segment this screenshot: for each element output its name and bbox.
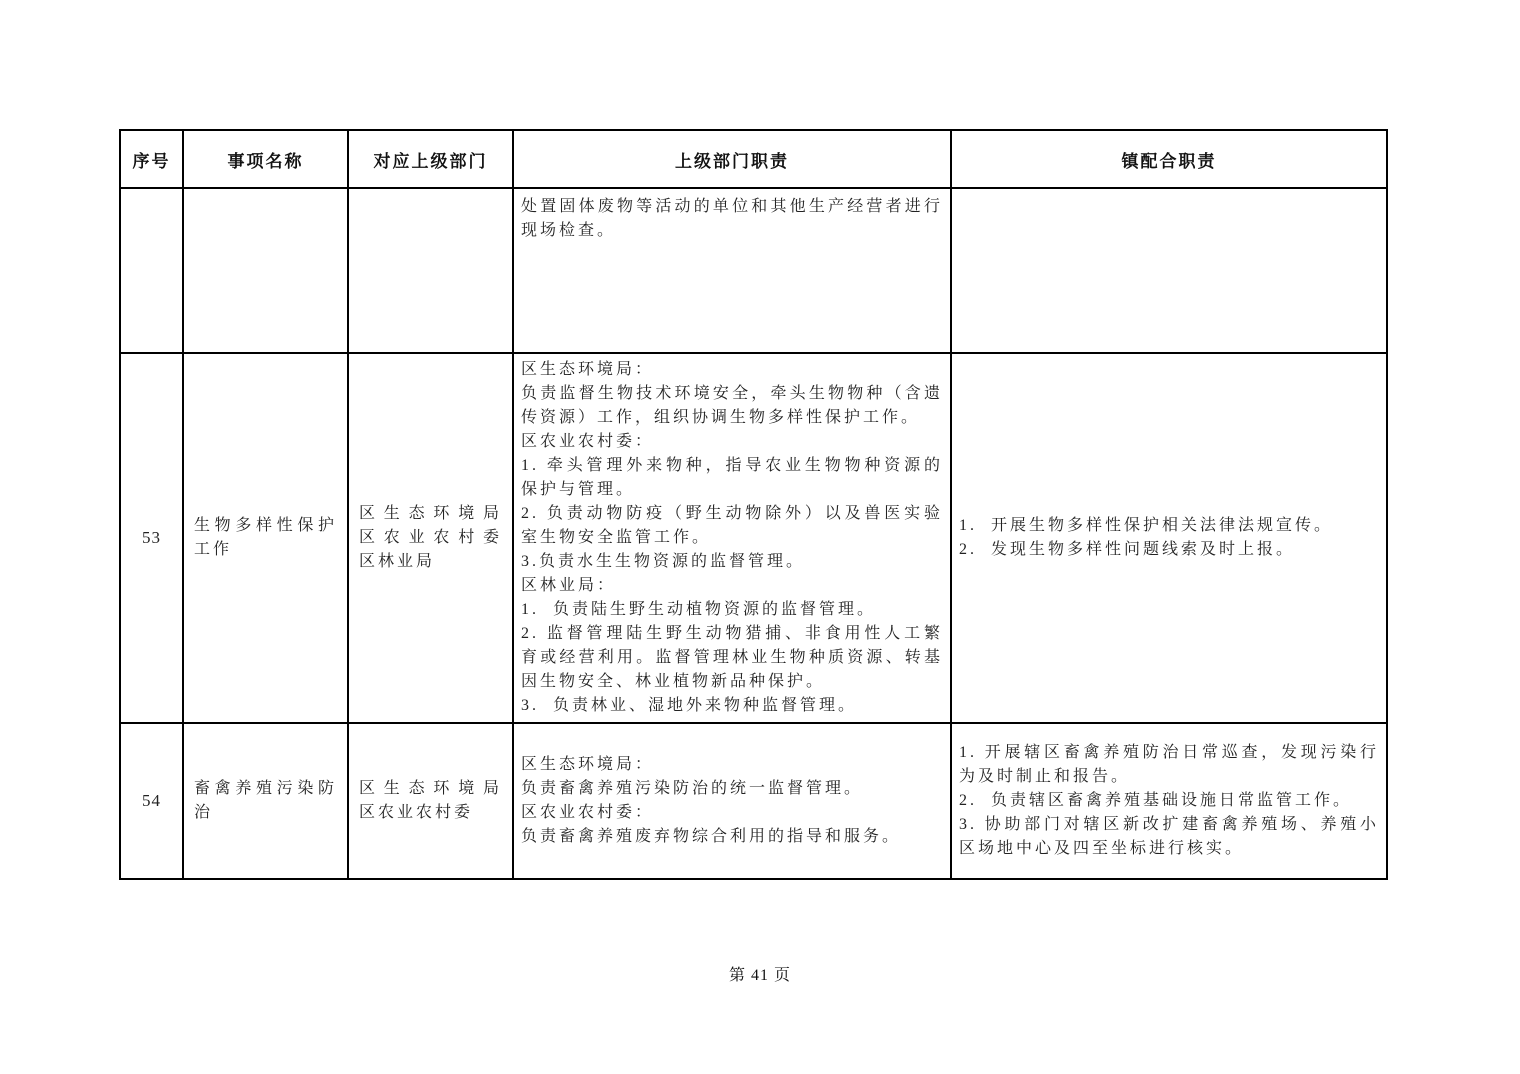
header-item-name: 事项名称 [183, 130, 348, 188]
cell-item-name: 生物多样性保护工作 [183, 353, 348, 723]
cell-superior-department: 区生态环境局 区农业农村委 区林业局 [348, 353, 513, 723]
table-row-53: 53 生物多样性保护工作 区生态环境局 区农业农村委 区林业局 区生态环境局： … [120, 353, 1387, 723]
cell-superior-department: 区生态环境局 区农业农村委 [348, 723, 513, 879]
cell-serial-number: 53 [120, 353, 183, 723]
cell-serial-number [120, 188, 183, 353]
cell-superior-department [348, 188, 513, 353]
cell-superior-duties: 区生态环境局： 负责畜禽养殖污染防治的统一监督管理。 区农业农村委： 负责畜禽养… [513, 723, 951, 879]
page-number: 第 41 页 [0, 962, 1520, 985]
cell-item-name [183, 188, 348, 353]
table-row-54: 54 畜禽养殖污染防治 区生态环境局 区农业农村委 区生态环境局： 负责畜禽养殖… [120, 723, 1387, 879]
cell-town-duties: 1. 开展生物多样性保护相关法律法规宣传。 2. 发现生物多样性问题线索及时上报… [951, 353, 1387, 723]
header-town-duties: 镇配合职责 [951, 130, 1387, 188]
document-page: 序号 事项名称 对应上级部门 上级部门职责 镇配合职责 处置固体废物等活动的单位… [0, 0, 1520, 1074]
header-superior-duties: 上级部门职责 [513, 130, 951, 188]
cell-serial-number: 54 [120, 723, 183, 879]
cell-superior-duties: 区生态环境局： 负责监督生物技术环境安全，牵头生物物种（含遗传资源）工作，组织协… [513, 353, 951, 723]
cell-superior-duties: 处置固体废物等活动的单位和其他生产经营者进行现场检查。 [513, 188, 951, 353]
cell-town-duties [951, 188, 1387, 353]
responsibility-table: 序号 事项名称 对应上级部门 上级部门职责 镇配合职责 处置固体废物等活动的单位… [119, 129, 1388, 880]
header-superior-department: 对应上级部门 [348, 130, 513, 188]
table-row-continuation: 处置固体废物等活动的单位和其他生产经营者进行现场检查。 [120, 188, 1387, 353]
header-serial-number: 序号 [120, 130, 183, 188]
table-header-row: 序号 事项名称 对应上级部门 上级部门职责 镇配合职责 [120, 130, 1387, 188]
cell-item-name: 畜禽养殖污染防治 [183, 723, 348, 879]
cell-town-duties: 1. 开展辖区畜禽养殖防治日常巡查，发现污染行为及时制止和报告。 2. 负责辖区… [951, 723, 1387, 879]
